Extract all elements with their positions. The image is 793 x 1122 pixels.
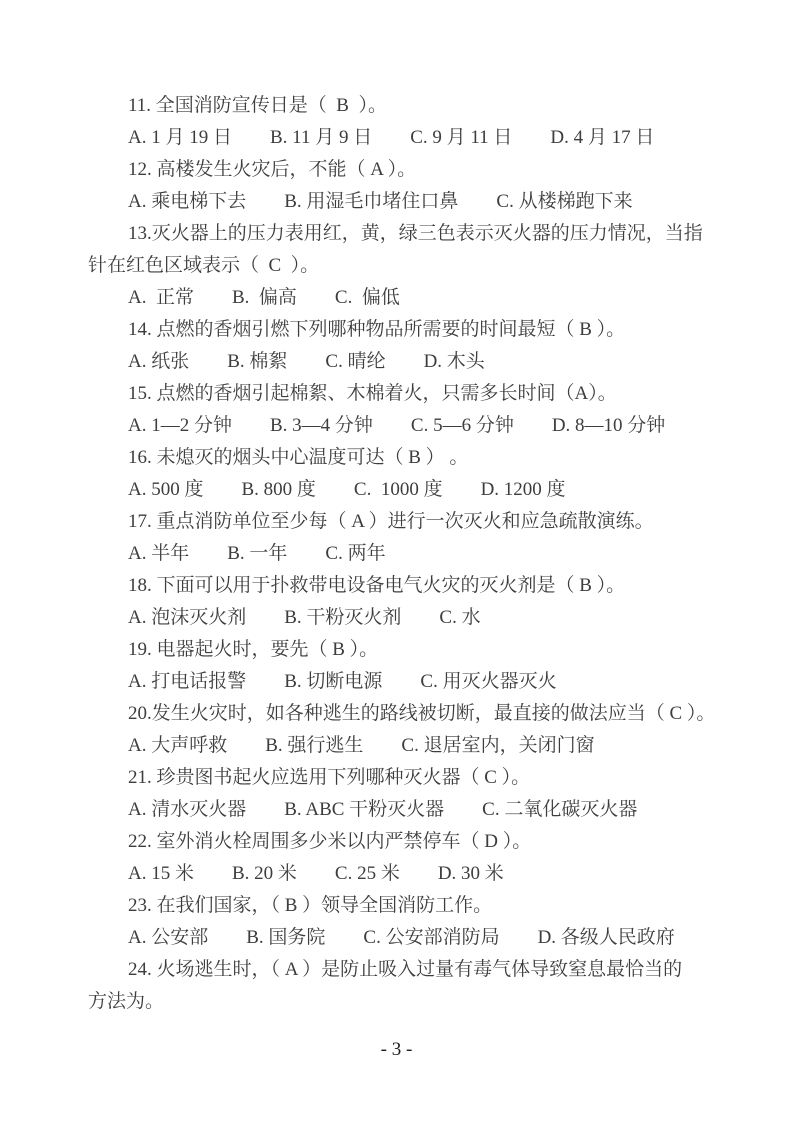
text-line: 18. 下面可以用于扑救带电设备电气火灾的灭火剂是（ B ）。	[88, 570, 720, 602]
text-line: 20.发生火灾时，如各种逃生的路线被切断，最直接的做法应当（ C ）。	[88, 698, 720, 730]
text-line: 21. 珍贵图书起火应选用下列哪种灭火器（ C ）。	[88, 762, 720, 794]
text-line: 24. 火场逃生时，（ A ）是防止吸入过量有毒气体导致窒息最恰当的	[88, 954, 720, 986]
text-line: A. 清水灭火器 B. ABC 干粉灭火器 C. 二氧化碳灭火器	[88, 794, 720, 826]
text-line: A. 1 月 19 日 B. 11 月 9 日 C. 9 月 11 日 D. 4…	[88, 122, 720, 154]
quiz-content: 11. 全国消防宣传日是（ B ）。A. 1 月 19 日 B. 11 月 9 …	[88, 90, 720, 1018]
text-line: A. 打电话报警 B. 切断电源 C. 用灭火器灭火	[88, 666, 720, 698]
page-footer: - 3 -	[0, 1036, 793, 1064]
text-line: A. 半年 B. 一年 C. 两年	[88, 538, 720, 570]
text-line: A. 泡沫灭火剂 B. 干粉灭火剂 C. 水	[88, 602, 720, 634]
text-line: 11. 全国消防宣传日是（ B ）。	[88, 90, 720, 122]
text-line: 14. 点燃的香烟引燃下列哪种物品所需要的时间最短（ B ）。	[88, 314, 720, 346]
text-line: A. 1—2 分钟 B. 3—4 分钟 C. 5—6 分钟 D. 8—10 分钟	[88, 410, 720, 442]
text-line: 12. 高楼发生火灾后，不能（ A ）。	[88, 154, 720, 186]
text-line: A. 大声呼救 B. 强行逃生 C. 退居室内，关闭门窗	[88, 730, 720, 762]
page-number: - 3 -	[381, 1039, 413, 1060]
text-line: 针在红色区域表示（ C ）。	[88, 250, 720, 282]
text-line: 17. 重点消防单位至少每（ A ）进行一次灭火和应急疏散演练。	[88, 506, 720, 538]
text-line: 方法为。	[88, 986, 720, 1018]
text-line: 13.灭火器上的压力表用红，黄，绿三色表示灭火器的压力情况，当指	[88, 218, 720, 250]
text-line: 22. 室外消火栓周围多少米以内严禁停车（ D ）。	[88, 826, 720, 858]
text-line: A. 公安部 B. 国务院 C. 公安部消防局 D. 各级人民政府	[88, 922, 720, 954]
text-line: 19. 电器起火时，要先（ B ）。	[88, 634, 720, 666]
text-line: A. 乘电梯下去 B. 用湿毛巾堵住口鼻 C. 从楼梯跑下来	[88, 186, 720, 218]
quiz-document-page: 11. 全国消防宣传日是（ B ）。A. 1 月 19 日 B. 11 月 9 …	[0, 0, 793, 1122]
text-line: A. 正常 B. 偏高 C. 偏低	[88, 282, 720, 314]
text-line: A. 纸张 B. 棉絮 C. 晴纶 D. 木头	[88, 346, 720, 378]
text-line: 15. 点燃的香烟引起棉絮、木棉着火，只需多长时间（A）。	[88, 378, 720, 410]
text-line: 23. 在我们国家，（ B ）领导全国消防工作。	[88, 890, 720, 922]
text-line: 16. 未熄灭的烟头中心温度可达（ B ） 。	[88, 442, 720, 474]
text-line: A. 500 度 B. 800 度 C. 1000 度 D. 1200 度	[88, 474, 720, 506]
text-line: A. 15 米 B. 20 米 C. 25 米 D. 30 米	[88, 858, 720, 890]
